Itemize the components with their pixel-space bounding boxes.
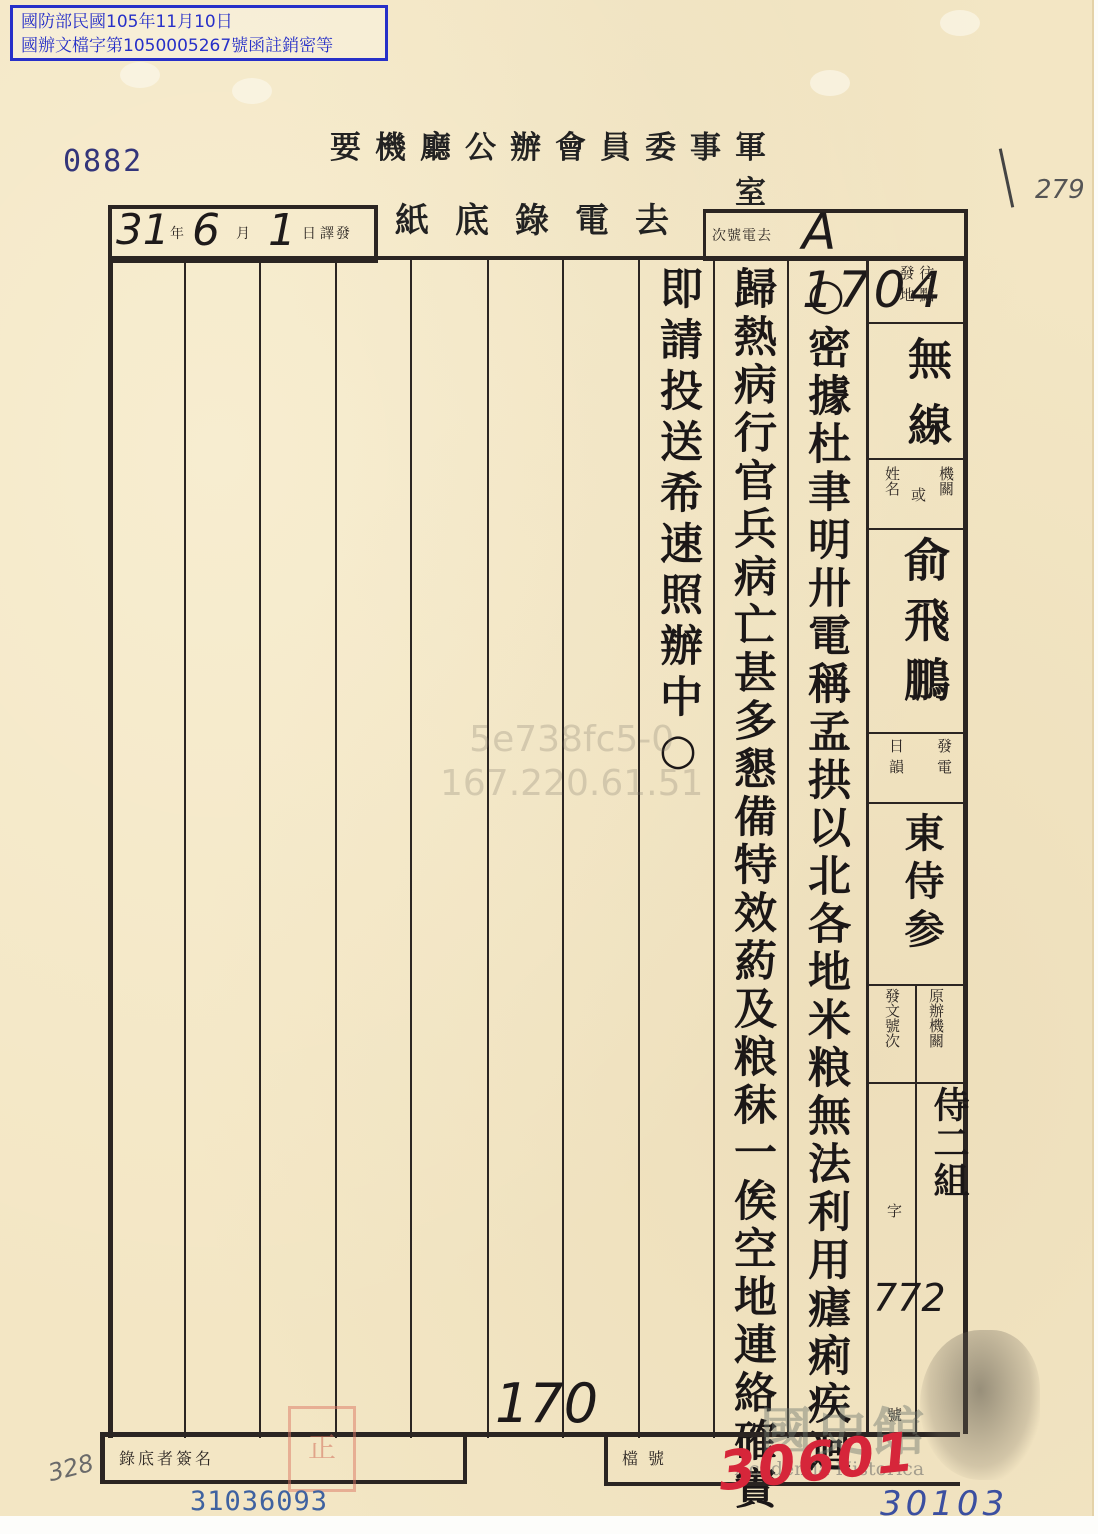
panel-divider	[869, 322, 963, 324]
column-line	[787, 260, 789, 1438]
month-label: 月	[236, 223, 250, 243]
panel-divider	[869, 1082, 963, 1084]
send-date-label-col2: 日韻	[885, 738, 907, 780]
right-info-panel: 發 往 地 點 無線 機關 或 姓名 俞飛鵬 發電 日韻 東侍参 原辦機關 發文…	[866, 256, 968, 1434]
serial-stamp: 0882	[63, 144, 143, 179]
recipient-label-col2: 姓名	[881, 466, 903, 496]
char-label: 字	[887, 1200, 902, 1222]
recipient-label-col1: 機關	[935, 466, 957, 496]
column-line	[713, 260, 715, 1438]
watermark-line-2: 167.220.61.51	[440, 762, 703, 806]
send-date-label-col1: 發電	[933, 738, 955, 780]
column-line	[487, 260, 489, 1438]
column-line	[562, 260, 564, 1438]
body-column-2: 歸熱病行官兵病亡甚多懇備特效葯及粮秣一俟空地連絡確實	[722, 266, 783, 1514]
panel-divider	[869, 528, 963, 530]
stamp-line-2: 國辦文檔字第1050005267號函註銷密等	[21, 34, 377, 58]
destination-label: 發 往 地 點	[877, 262, 957, 306]
file-number-label: 檔號	[622, 1446, 674, 1469]
send-date-label: 發電 日韻	[877, 738, 961, 798]
archive-stamp-number: 31036093	[190, 1486, 328, 1517]
month-value: 6	[192, 205, 220, 256]
destination-value: 無線	[893, 336, 957, 468]
recipient-label-mid: 或	[911, 484, 926, 506]
form-title: 去電錄底紙	[395, 193, 695, 242]
punch-hole	[232, 78, 272, 104]
send-date-value: 東侍参	[893, 812, 950, 956]
translate-label: 發譯	[320, 223, 352, 243]
margin-note-top-right: 279	[1035, 175, 1085, 205]
body-column-3: 即請投送希速照辦中○	[648, 266, 709, 783]
handwritten-number: 170	[495, 1372, 598, 1435]
column-line	[410, 260, 412, 1438]
day-value: 1	[268, 205, 296, 256]
red-seal: 正	[288, 1406, 356, 1492]
panel-divider	[869, 802, 963, 804]
column-line	[638, 260, 640, 1438]
recipient-label: 機關 或 姓名	[877, 466, 961, 532]
column-line	[184, 260, 186, 1438]
origin-office-value: 侍二組	[923, 1086, 974, 1200]
signer-label: 錄底者簽名	[119, 1446, 214, 1469]
archive-logo-icon	[920, 1330, 1040, 1480]
telegram-number-box: 去電號次 A 1704	[703, 209, 968, 261]
origin-office-label: 原辦機關	[925, 988, 947, 1048]
telegram-number-label: 去電號次	[712, 225, 772, 245]
panel-divider	[869, 732, 963, 734]
destination-label-line2: 地 點	[877, 284, 957, 306]
column-line	[259, 260, 261, 1438]
file-number-blue: 30103	[880, 1484, 1008, 1524]
year-value: 31	[116, 205, 169, 254]
signer-box: 錄底者簽名	[100, 1434, 467, 1484]
recipient-value: 俞飛鵬	[891, 536, 957, 716]
punch-hole	[810, 70, 850, 96]
dispatch-no-label: 發文號次	[881, 988, 903, 1048]
stamp-line-1: 國防部民國105年11月10日	[21, 10, 377, 34]
year-label: 年	[170, 223, 184, 243]
day-label: 日	[302, 223, 316, 243]
punch-hole	[120, 62, 160, 88]
date-box: 31 年 6 月 1 日 發譯	[108, 205, 378, 263]
declassification-stamp: 國防部民國105年11月10日 國辦文檔字第1050005267號函註銷密等	[10, 5, 388, 61]
ip-watermark: 5e738fc5-0 167.220.61.51	[440, 718, 703, 806]
column-line	[335, 260, 337, 1438]
destination-label-line1: 發 往	[877, 262, 957, 284]
punch-hole	[940, 10, 980, 36]
body-column-1: ○密據杜聿明卅電稱孟拱以北各地米粮無法利用瘧痢疾迴	[796, 270, 857, 1477]
panel-split-line	[915, 984, 917, 1434]
watermark-line-1: 5e738fc5-0	[440, 718, 703, 762]
dispatch-no-value: 772	[873, 1276, 946, 1320]
panel-divider	[869, 458, 963, 460]
